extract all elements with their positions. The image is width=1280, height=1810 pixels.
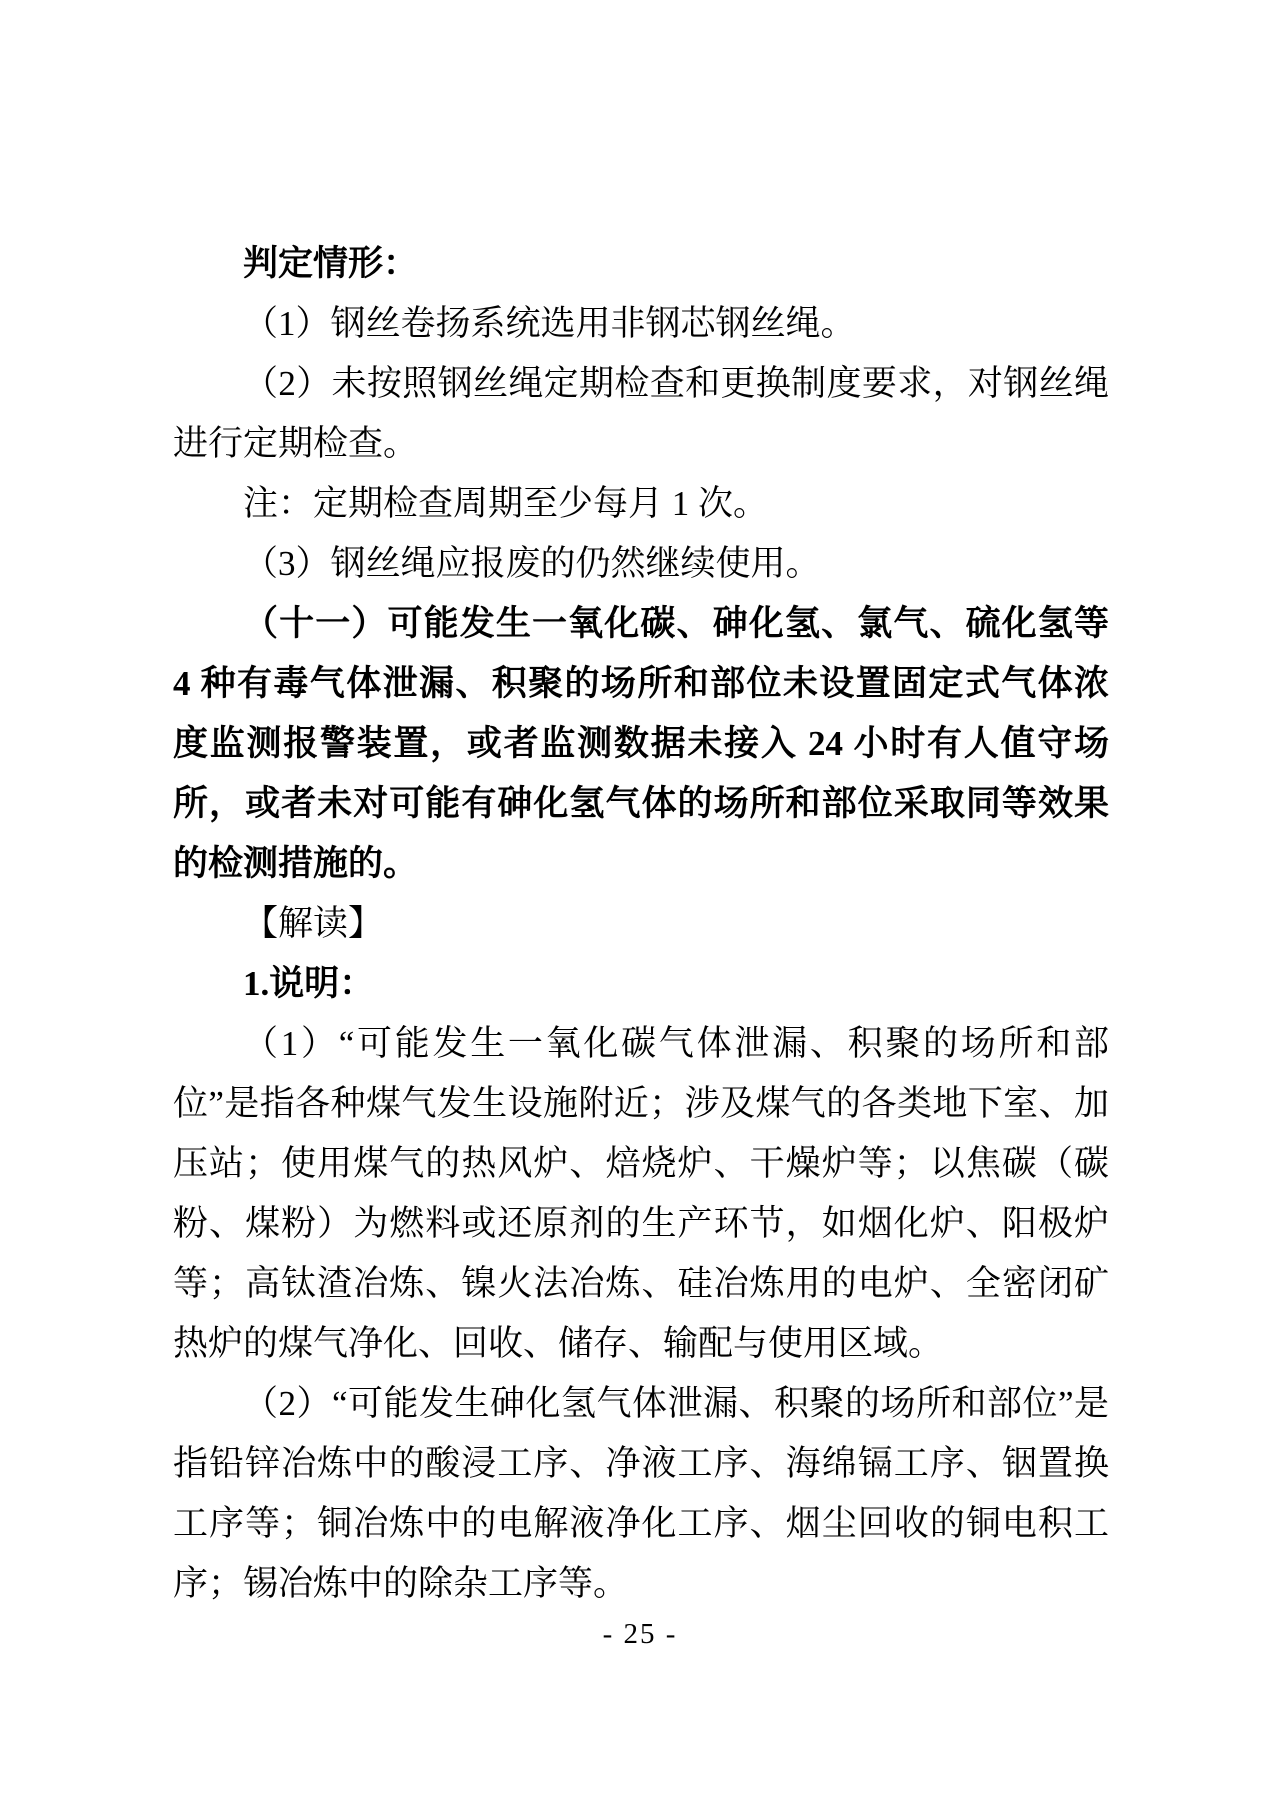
paragraph-item-1: （1）钢丝卷扬系统选用非钢芯钢丝绳。 [173,294,1109,354]
heading-clause-eleven: （十一）可能发生一氧化碳、砷化氢、氯气、硫化氢等 4 种有毒气体泄漏、积聚的场所… [173,594,1109,894]
heading-explanation: 1.说明： [173,954,1109,1014]
paragraph-explanation-1: （1）“可能发生一氧化碳气体泄漏、积聚的场所和部位”是指各种煤气发生设施附近；涉… [173,1014,1109,1374]
document-body: 判定情形： （1）钢丝卷扬系统选用非钢芯钢丝绳。 （2）未按照钢丝绳定期检查和更… [173,234,1109,1614]
paragraph-item-3: （3）钢丝绳应报废的仍然继续使用。 [173,534,1109,594]
paragraph-interpretation-label: 【解读】 [173,894,1109,954]
paragraph-item-2: （2）未按照钢丝绳定期检查和更换制度要求，对钢丝绳进行定期检查。 [173,354,1109,474]
heading-judgment-situations: 判定情形： [173,234,1109,294]
page-number: - 25 - [0,1612,1280,1656]
document-page: 判定情形： （1）钢丝卷扬系统选用非钢芯钢丝绳。 （2）未按照钢丝绳定期检查和更… [0,0,1280,1810]
paragraph-explanation-2: （2）“可能发生砷化氢气体泄漏、积聚的场所和部位”是指铅锌冶炼中的酸浸工序、净液… [173,1374,1109,1614]
paragraph-note: 注：定期检查周期至少每月 1 次。 [173,474,1109,534]
